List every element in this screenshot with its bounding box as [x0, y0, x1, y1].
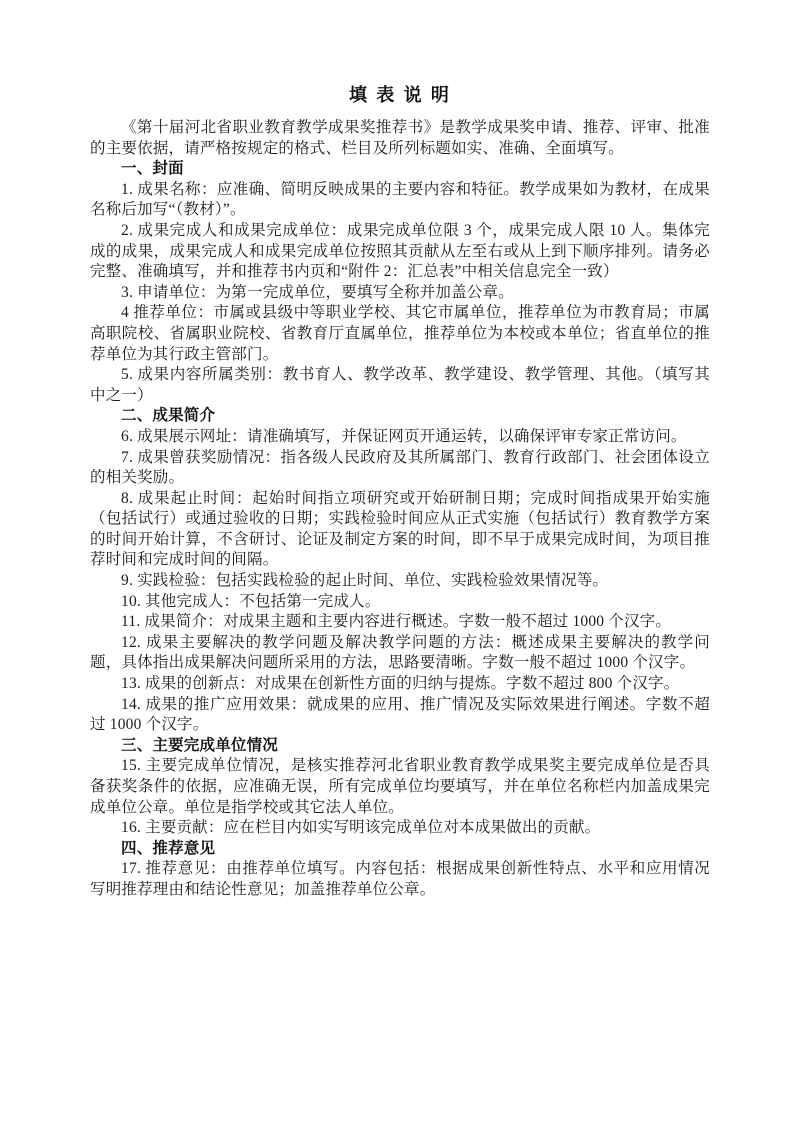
instruction-item-17: 17. 推荐意见：由推荐单位填写。内容包括：根据成果创新性特点、水平和应用情况写…	[90, 859, 710, 900]
section-heading-intro: 二、成果简介	[90, 406, 710, 427]
instruction-item-14: 14. 成果的推广应用效果：就成果的应用、推广情况及实际效果进行阐述。字数不超过…	[90, 695, 710, 736]
instruction-item-1: 1. 成果名称：应准确、简明反映成果的主要内容和特征。教学成果如为教材，在成果名…	[90, 180, 710, 221]
instruction-item-15: 15. 主要完成单位情况，是核实推荐河北省职业教育教学成果奖主要完成单位是否具备…	[90, 756, 710, 818]
instruction-item-13: 13. 成果的创新点：对成果在创新性方面的归纳与提炼。字数不超过 800 个汉字…	[90, 674, 710, 695]
instruction-item-10: 10. 其他完成人：不包括第一完成人。	[90, 592, 710, 613]
instruction-item-2: 2. 成果完成人和成果完成单位：成果完成单位限 3 个，成果完成人限 10 人。…	[90, 221, 710, 283]
instruction-item-4: 4 推荐单位：市属或县级中等职业学校、其它市属单位，推荐单位为市教育局；市属高职…	[90, 303, 710, 365]
page-title: 填 表 说 明	[90, 82, 710, 108]
instruction-item-6: 6. 成果展示网址：请准确填写，并保证网页开通运转，以确保评审专家正常访问。	[90, 427, 710, 448]
section-heading-main-units: 三、主要完成单位情况	[90, 736, 710, 757]
instruction-item-7: 7. 成果曾获奖励情况：指各级人民政府及其所属部门、教育行政部门、社会团体设立的…	[90, 448, 710, 489]
document-page: 填 表 说 明 《第十届河北省职业教育教学成果奖推荐书》是教学成果奖申请、推荐、…	[0, 0, 800, 1131]
instruction-item-8: 8. 成果起止时间：起始时间指立项研究或开始研制日期；完成时间指成果开始实施（包…	[90, 489, 710, 571]
instruction-item-12: 12. 成果主要解决的教学问题及解决教学问题的方法：概述成果主要解决的教学问题，…	[90, 633, 710, 674]
instruction-item-3: 3. 申请单位：为第一完成单位，要填写全称并加盖公章。	[90, 283, 710, 304]
section-heading-recommendation: 四、推荐意见	[90, 839, 710, 860]
document-content: 填 表 说 明 《第十届河北省职业教育教学成果奖推荐书》是教学成果奖申请、推荐、…	[0, 0, 800, 901]
section-heading-cover: 一、封面	[90, 159, 710, 180]
instruction-item-5: 5. 成果内容所属类别：教书育人、教学改革、教学建设、教学管理、其他。（填写其中…	[90, 365, 710, 406]
instruction-item-16: 16. 主要贡献：应在栏目内如实写明该完成单位对本成果做出的贡献。	[90, 818, 710, 839]
instruction-item-11: 11. 成果简介：对成果主题和主要内容进行概述。字数一般不超过 1000 个汉字…	[90, 612, 710, 633]
intro-paragraph: 《第十届河北省职业教育教学成果奖推荐书》是教学成果奖申请、推荐、评审、批准的主要…	[90, 118, 710, 159]
instruction-item-9: 9. 实践检验：包括实践检验的起止时间、单位、实践检验效果情况等。	[90, 571, 710, 592]
